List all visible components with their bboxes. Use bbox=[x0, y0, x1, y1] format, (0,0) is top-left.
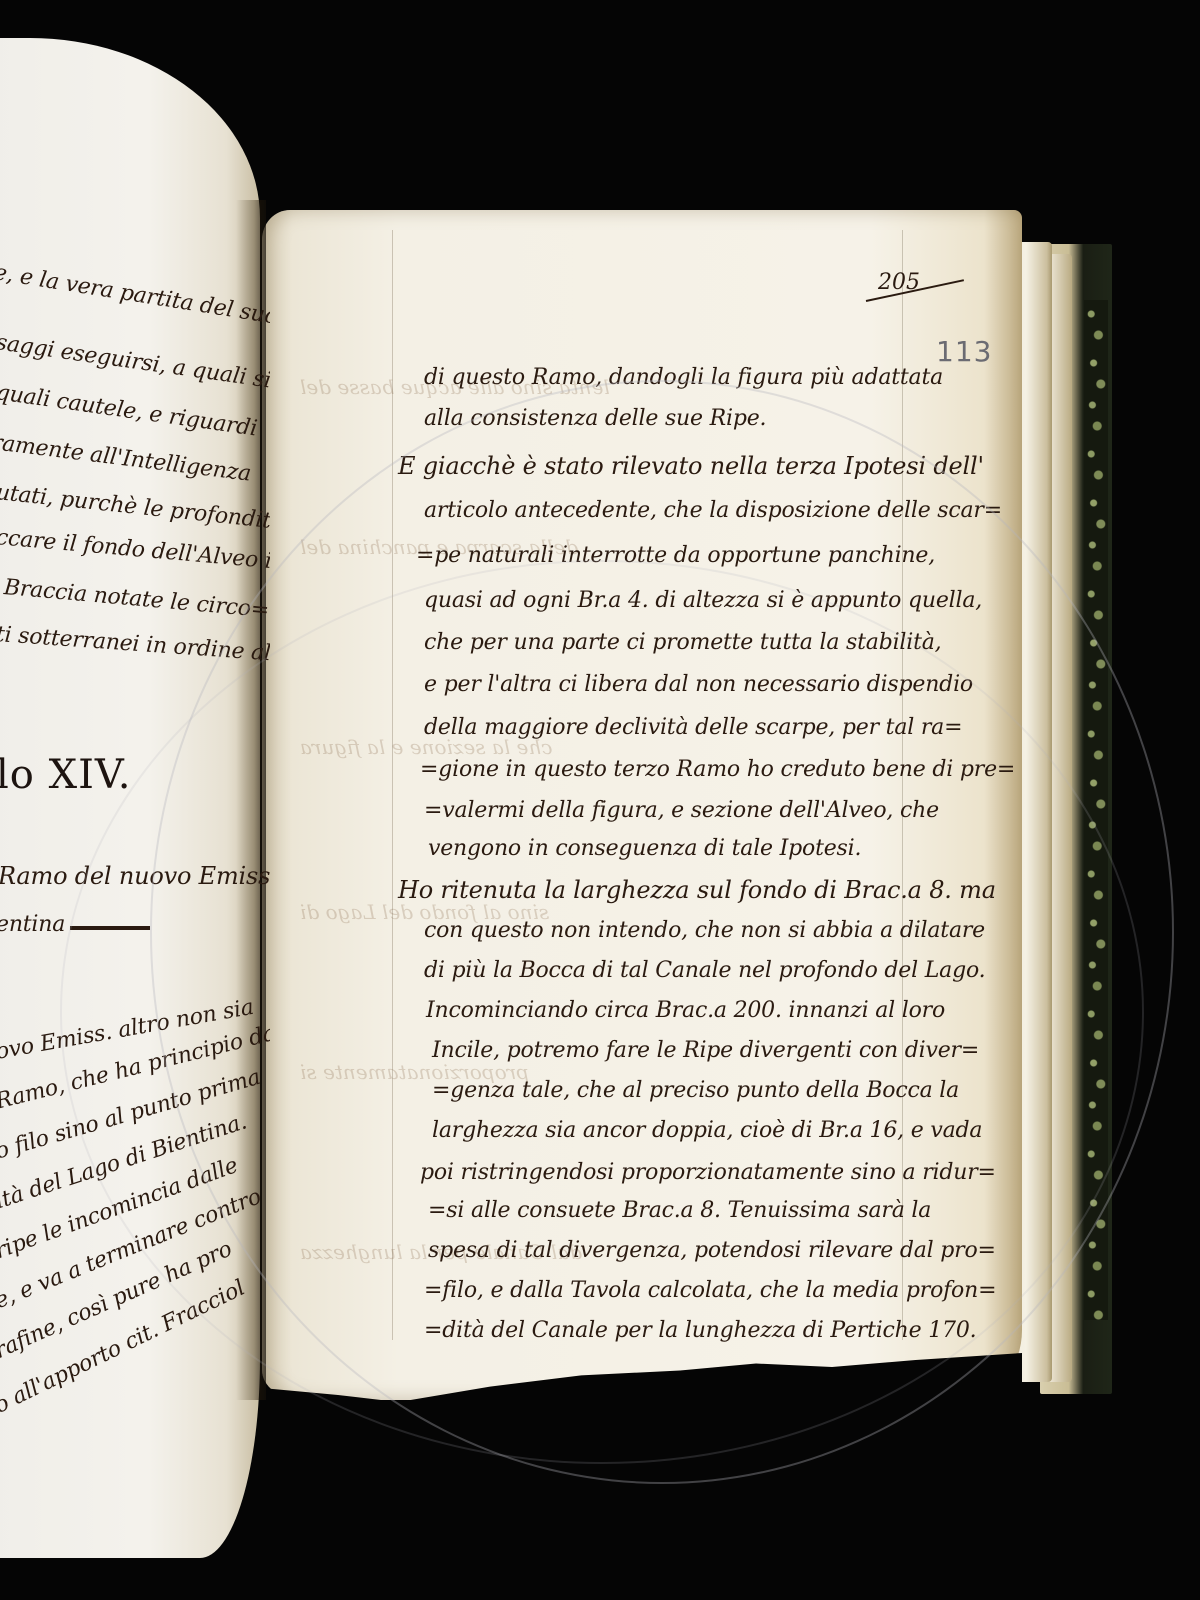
text-line: ccare il fondo dell'Alveo in bbox=[0, 525, 270, 575]
text-line: spesa di tal divergenza, potendosi rilev… bbox=[428, 1238, 996, 1263]
text-line: =dità del Canale per la lunghezza di Per… bbox=[424, 1318, 976, 1343]
text-line: E giacchè è stato rilevato nella terza I… bbox=[398, 452, 984, 480]
text-line: =filo, e dalla Tavola calcolata, che la … bbox=[424, 1278, 996, 1303]
text-line: ti sotterranei in ordine alle bbox=[0, 622, 270, 668]
heading-flourish bbox=[70, 926, 150, 930]
text-line: =pe naturali interrotte da opportune pan… bbox=[416, 543, 935, 568]
pencil-folio-number: 113 bbox=[936, 335, 992, 368]
text-line: con questo non intendo, che non si abbia… bbox=[424, 918, 985, 943]
marbled-cover-edge bbox=[1084, 300, 1108, 1320]
text-line: alla consistenza delle sue Ripe. bbox=[424, 406, 766, 431]
text-line: di questo Ramo, dandogli la figura più a… bbox=[424, 365, 943, 390]
left-page-text: e, e la vera partita del suo saggi esegu… bbox=[0, 0, 270, 1600]
text-line: quasi ad ogni Br.a 4. di altezza si è ap… bbox=[424, 588, 982, 613]
text-line: che per una parte ci promette tutta la s… bbox=[424, 630, 941, 655]
text-line: saggi eseguirsi, a quali si bbox=[0, 330, 270, 393]
chapter-heading: lo XIV. bbox=[0, 752, 131, 798]
text-line: =valermi della figura, e sezione dell'Al… bbox=[424, 798, 939, 823]
text-line: articolo antecedente, che la disposizion… bbox=[424, 498, 1002, 523]
text-line: poi ristringendosi proporzionatamente si… bbox=[420, 1160, 996, 1185]
text-line: Incile, potremo fare le Ripe divergenti … bbox=[432, 1038, 979, 1063]
text-line: Incominciando circa Brac.a 200. innanzi … bbox=[426, 998, 945, 1023]
chapter-subtitle: Ramo del nuovo Emiss. bbox=[0, 862, 270, 890]
text-line: Ho ritenuta la larghezza sul fondo di Br… bbox=[398, 876, 996, 904]
text-line: larghezza sia ancor doppia, cioè di Br.a… bbox=[432, 1118, 982, 1143]
chapter-subtitle: entina bbox=[0, 912, 65, 937]
text-line: ramente all'Intelligenza bbox=[0, 430, 252, 487]
photo-scene: lenta sino alle acque basse del della sc… bbox=[0, 0, 1200, 1600]
text-line: e per l'altra ci libera dal non necessar… bbox=[424, 672, 973, 697]
text-line: =genza tale, che al preciso punto della … bbox=[432, 1078, 959, 1103]
text-line: =si alle consuete Brac.a 8. Tenuissima s… bbox=[428, 1198, 931, 1223]
text-line: di più la Bocca di tal Canale nel profon… bbox=[424, 958, 985, 983]
text-line: della maggiore declività delle scarpe, p… bbox=[424, 715, 962, 740]
text-line: vengono in conseguenza di tale Ipotesi. bbox=[428, 836, 861, 861]
text-line: utati, purchè le profondità bbox=[0, 480, 270, 535]
text-line: =gione in questo terzo Ramo ho creduto b… bbox=[420, 757, 1015, 782]
text-line: e, e la vera partita del suo bbox=[0, 260, 270, 330]
text-line: Braccia notate le circo= bbox=[3, 575, 270, 623]
text-line: quali cautele, e riguardi bbox=[0, 380, 259, 441]
